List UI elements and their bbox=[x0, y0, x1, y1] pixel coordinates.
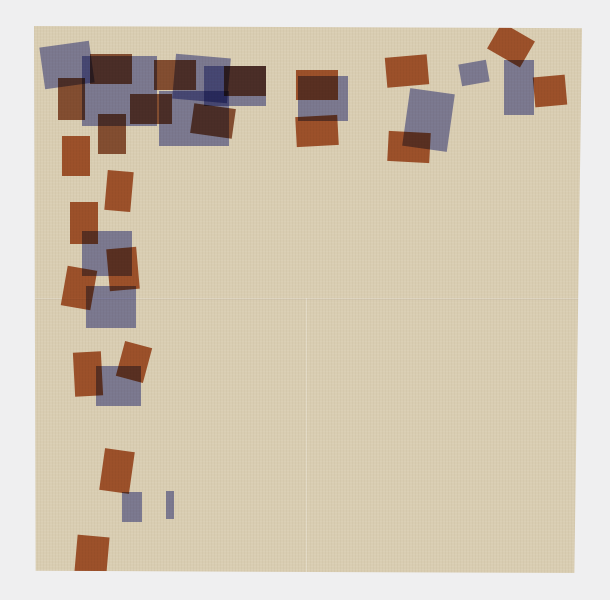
brown-stamp-mark bbox=[224, 66, 266, 96]
brown-stamp-mark bbox=[154, 60, 196, 90]
rust-stamp-mark bbox=[74, 535, 109, 575]
artwork-canvas bbox=[34, 26, 582, 573]
rust-stamp-mark bbox=[62, 136, 90, 176]
blue-stamp-mark bbox=[122, 492, 142, 522]
brown-stamp-mark bbox=[58, 78, 85, 120]
blue-stamp-mark bbox=[166, 491, 174, 519]
rust-stamp-mark bbox=[104, 170, 133, 212]
blue-stamp-mark bbox=[504, 60, 534, 115]
rust-stamp-mark bbox=[99, 448, 135, 494]
rust-stamp-mark bbox=[387, 131, 431, 163]
rust-stamp-mark bbox=[533, 75, 567, 108]
rust-stamp-mark bbox=[116, 341, 152, 383]
rust-stamp-mark bbox=[295, 115, 339, 147]
rust-stamp-mark bbox=[296, 70, 338, 100]
rust-stamp-mark bbox=[385, 54, 429, 88]
blue-stamp-mark bbox=[86, 286, 136, 328]
brown-stamp-mark bbox=[90, 54, 132, 84]
brown-stamp-mark bbox=[130, 94, 172, 124]
rust-stamp-mark bbox=[106, 247, 140, 291]
blue-stamp-mark bbox=[458, 60, 489, 87]
brown-stamp-mark bbox=[190, 103, 236, 139]
brown-stamp-mark bbox=[98, 114, 126, 154]
vertical-fold bbox=[306, 298, 307, 573]
